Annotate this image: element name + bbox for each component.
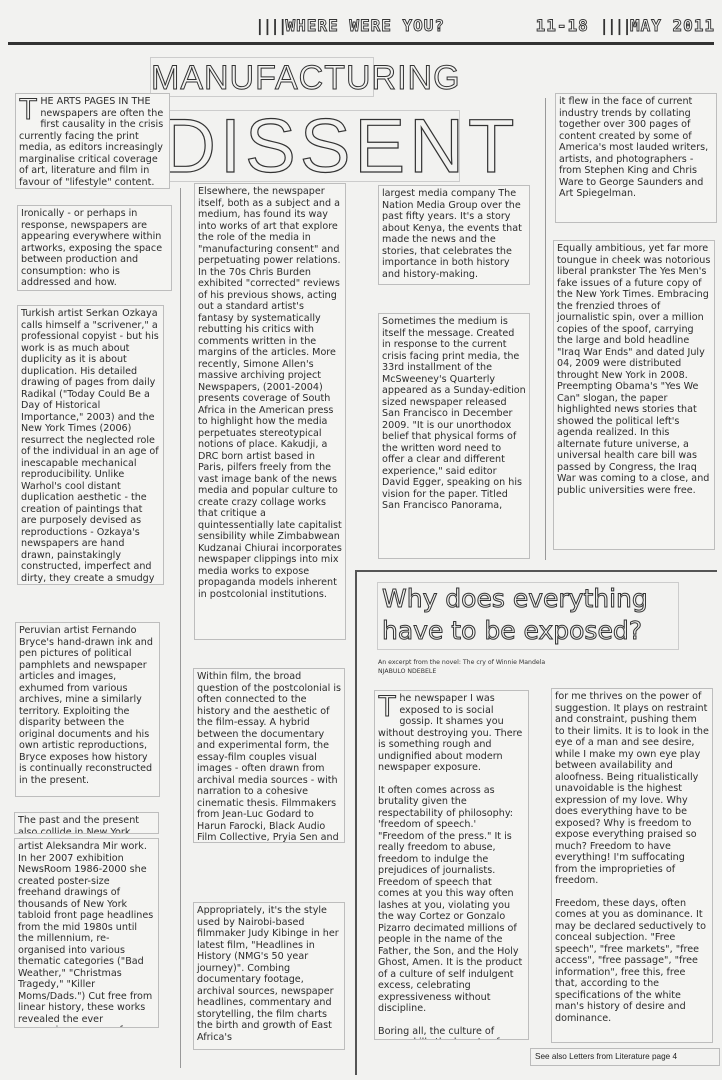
col2-box-2: Within film, the broad question of the p…	[193, 668, 345, 843]
excerpt-panel-top-border	[355, 570, 717, 574]
col1-box-5b: artist Aleksandra Mir work. In her 2007 …	[14, 838, 159, 1028]
col1-paragraph-2: Ironically - or perhaps in response, new…	[21, 208, 168, 289]
col4-box-2: Equally ambitious, yet far more toungue …	[553, 240, 715, 550]
newspaper-page: ||||WHERE WERE YOU? 11-18 ||||MAY 2011 M…	[0, 0, 722, 1080]
col1-intro-box: T HE ARTS PAGES IN THE newspapers are of…	[15, 93, 170, 189]
masthead-bars-left: ||||	[255, 16, 286, 35]
masthead-title: WHERE WERE YOU?	[286, 16, 446, 35]
excerpt-left-box: T he newspaper I was exposed to is socia…	[374, 690, 529, 1040]
headline-line1: MANUFACTURING	[150, 57, 374, 97]
col3-box-1: largest media company The Nation Media G…	[378, 185, 530, 285]
col2-box-3: Appropriately, it's the style used by Na…	[193, 902, 345, 1050]
col2-paragraph-1: Elsewhere, the newspaper itself, both as…	[198, 186, 342, 600]
masthead-title-group: ||||WHERE WERE YOU?	[255, 16, 445, 40]
col2-paragraph-3: Appropriately, it's the style used by Na…	[197, 905, 341, 1043]
masthead-month-year: MAY 2011	[630, 16, 715, 35]
excerpt-headline: Why does everything have to be exposed?	[377, 582, 679, 650]
col2-paragraph-2: Within film, the broad question of the p…	[197, 671, 341, 843]
col1-box-3: Turkish artist Serkan Ozkaya calls himse…	[17, 305, 164, 585]
col3-paragraph-2: Sometimes the medium is itself the messa…	[382, 316, 526, 512]
column-divider-1	[180, 188, 181, 1068]
masthead-bars-right: ||||	[599, 16, 630, 35]
col4-box-1: it flew in the face of current industry …	[555, 93, 717, 223]
col1-paragraph-1: HE ARTS PAGES IN THE newspapers are ofte…	[19, 96, 166, 188]
col1-paragraph-5b: artist Aleksandra Mir work. In her 2007 …	[18, 841, 155, 1028]
excerpt-left-paragraph-1: he newspaper I was exposed to is social …	[378, 693, 525, 774]
col1-paragraph-5a: The past and the present also collide in…	[18, 815, 155, 834]
excerpt-author: NJABULO NDEBELE	[378, 667, 688, 676]
excerpt-left-paragraph-3: Boring all, the culture of excess kills …	[378, 1026, 525, 1041]
masthead-dates: 11-18	[536, 16, 589, 35]
column-divider-3	[545, 98, 546, 560]
col1-box-4: Peruvian artist Fernando Bryce's hand-dr…	[15, 622, 160, 797]
col1-box-2: Ironically - or perhaps in response, new…	[17, 205, 172, 291]
masthead-rule	[8, 42, 714, 45]
excerpt-headline-line1: Why does everything	[382, 583, 678, 615]
col4-paragraph-1: it flew in the face of current industry …	[559, 96, 713, 200]
col1-paragraph-3: Turkish artist Serkan Ozkaya calls himse…	[21, 308, 160, 585]
excerpt-panel-left-border	[355, 570, 357, 1075]
masthead-date-group: 11-18 ||||MAY 2011	[536, 16, 715, 40]
see-also-link[interactable]: See also Letters from Literature page 4	[530, 1048, 720, 1066]
headline-line2: DISSENT	[160, 110, 460, 182]
excerpt-right-box: for me thrives on the power of suggestio…	[551, 688, 713, 1043]
col1-paragraph-4: Peruvian artist Fernando Bryce's hand-dr…	[19, 625, 156, 786]
excerpt-headline-line2: have to be exposed?	[382, 615, 678, 647]
excerpt-right-paragraph-2: Freedom, these days, often comes at you …	[555, 898, 709, 1025]
excerpt-subtitle: An excerpt from the novel: The cry of Wi…	[378, 658, 688, 667]
col4-paragraph-2: Equally ambitious, yet far more toungue …	[557, 243, 711, 496]
dropcap: T	[19, 96, 37, 124]
col3-paragraph-1: largest media company The Nation Media G…	[382, 188, 526, 280]
masthead: ||||WHERE WERE YOU? 11-18 ||||MAY 2011	[255, 16, 715, 40]
col2-box-1: Elsewhere, the newspaper itself, both as…	[194, 183, 346, 640]
excerpt-byline: An excerpt from the novel: The cry of Wi…	[378, 658, 688, 676]
excerpt-right-paragraph-1: for me thrives on the power of suggestio…	[555, 691, 709, 887]
col1-box-5a: The past and the present also collide in…	[14, 812, 159, 834]
col3-box-2: Sometimes the medium is itself the messa…	[378, 313, 530, 559]
excerpt-dropcap: T	[378, 693, 396, 721]
excerpt-left-paragraph-2: It often comes across as brutality given…	[378, 785, 525, 1015]
